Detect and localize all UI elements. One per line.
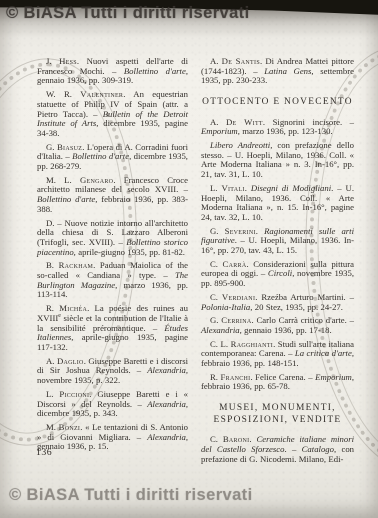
- entry-segment: Verdiani: [222, 292, 255, 302]
- bib-entry: L. Piccioni. Giuseppe Baretti e i « Disc…: [37, 390, 188, 419]
- bib-entry: M. L. Gengaro. Francesco Croce architett…: [37, 176, 188, 215]
- entry-segment: Baroni: [223, 434, 250, 444]
- bib-entry: D. – Nuove notizie intorno all'architett…: [37, 219, 188, 258]
- entry-segment: Bonzi: [59, 422, 81, 432]
- entry-segment: Gengaro: [80, 175, 113, 185]
- entry-segment: J.: [46, 56, 59, 66]
- bib-entry: G. Severini. Ragionamenti sulle arti fig…: [201, 227, 354, 256]
- entry-segment: Polonia-Italia: [201, 302, 250, 312]
- entry-segment: Ragghianti: [231, 339, 273, 349]
- entry-segment: A.: [210, 56, 222, 66]
- bib-entry: C. Carrà. Considerazioni sulla pittura e…: [201, 260, 354, 289]
- entry-segment: Bollettino d'arte: [72, 151, 129, 161]
- bib-entry: C. Baroni. Ceramiche italiane minori del…: [201, 435, 354, 464]
- entry-segment: . –: [285, 444, 302, 454]
- entry-segment: M. L.: [46, 175, 80, 185]
- entry-segment: Carrà: [223, 259, 247, 269]
- watermark-top: © BiASA Tutti i diritti riservati: [6, 4, 250, 23]
- entry-segment: De Santis: [222, 56, 260, 66]
- entry-segment: Catalogo: [302, 444, 334, 454]
- entry-segment: , marzo 1936, pp. 123-130.: [238, 126, 333, 136]
- entry-segment: Biasuz: [57, 142, 82, 152]
- bib-entry: A. De Santis. Di Andrea Mattei pittore (…: [201, 57, 354, 86]
- entry-segment: A.: [46, 356, 57, 366]
- bibliography-left-column: J. Hess. Nuovi aspetti dell'arte di Fran…: [37, 57, 188, 456]
- entry-segment: Franchi: [221, 372, 251, 382]
- entry-segment: Alexandria: [147, 365, 186, 375]
- section-heading-line: OTTOCENTO E NOVECENTO: [201, 97, 354, 109]
- entry-segment: Disegni di Modigliani: [251, 183, 331, 193]
- entry-segment: Alexandria: [147, 399, 186, 409]
- entry-segment: Alexandria: [147, 432, 186, 442]
- section-heading-line: ESPOSIZIONI, VENDITE: [201, 415, 354, 427]
- section-heading: OTTOCENTO E NOVECENTO: [201, 97, 354, 109]
- bib-entry: R. Franchi. Felice Carena. – Emporium, f…: [201, 373, 354, 392]
- entry-segment: Hess: [59, 56, 77, 66]
- bib-entry: G. Biasuz. L'opera di A. Corradini fuori…: [37, 143, 188, 172]
- entry-segment: L.: [46, 389, 59, 399]
- entry-segment: C. L.: [210, 339, 231, 349]
- section-heading-line: MUSEI, MONUMENTI,: [201, 403, 354, 415]
- entry-segment: G.: [46, 142, 57, 152]
- bib-entry: A. De Witt. Signorini incisore. – Empori…: [201, 118, 354, 137]
- bib-entry: C. L. Ragghianti. Studi sull'arte italia…: [201, 340, 354, 369]
- entry-segment: . Carlo Carrà critico d'arte. –: [252, 315, 354, 325]
- bib-entry: A. Daglio. Giuseppe Baretti e i discorsi…: [37, 357, 188, 386]
- entry-segment: Cerrina: [221, 315, 251, 325]
- entry-segment: . Felice Carena. –: [250, 372, 315, 382]
- entry-segment: C.: [210, 434, 223, 444]
- entry-segment: Daglio: [57, 356, 84, 366]
- entry-segment: R.: [210, 372, 221, 382]
- entry-segment: , aprile-giugno 1935, pp. 81-82.: [74, 247, 185, 257]
- bib-entry: J. Hess. Nuovi aspetti dell'arte di Fran…: [37, 57, 188, 86]
- entry-segment: G.: [210, 226, 225, 236]
- entry-segment: Alexandria: [201, 325, 240, 335]
- entry-segment: R.: [46, 303, 59, 313]
- bib-entry: R. Michéa. La poésie des ruines au XVIII…: [37, 304, 188, 353]
- entry-segment: , 20 Stez, 1935, pp. 24-27.: [250, 302, 343, 312]
- entry-segment: La critica d'arte: [295, 348, 352, 358]
- entry-segment: Vitali: [221, 183, 244, 193]
- entry-segment: B.: [46, 260, 59, 270]
- bib-entry: W. R. Valentiner. An equestrian statuett…: [37, 90, 188, 139]
- bibliography-right-column: A. De Santis. Di Andrea Mattei pittore (…: [201, 57, 354, 468]
- entry-segment: , gennaio 1936, pp. 17-18.: [240, 325, 332, 335]
- entry-segment: Valentiner: [80, 89, 123, 99]
- section-heading: MUSEI, MONUMENTI,ESPOSIZIONI, VENDITE: [201, 403, 354, 426]
- entry-segment: Piccioni: [59, 389, 89, 399]
- entry-segment: L.: [210, 183, 221, 193]
- entry-segment: . Signorini incisore. –: [263, 117, 354, 127]
- entry-segment: A.: [210, 117, 226, 127]
- bib-entry: G. Cerrina. Carlo Carrà critico d'arte. …: [201, 316, 354, 335]
- entry-segment: Emporium: [315, 372, 352, 382]
- watermark-bottom: © BiASA Tutti i diritti riservati: [9, 486, 253, 505]
- entry-segment: Circoli: [268, 268, 292, 278]
- entry-segment: C.: [210, 259, 223, 269]
- entry-segment: Severini: [225, 226, 256, 236]
- entry-segment: . Rzeźba Arturo Martini. –: [255, 292, 354, 302]
- entry-segment: Bollettino d'arte: [37, 194, 95, 204]
- entry-segment: Rackham: [59, 260, 94, 270]
- bib-entry: M. Bonzi. « Le tentazioni di S. Antonio …: [37, 423, 188, 452]
- page-number: 136: [36, 447, 52, 458]
- entry-segment: W. R.: [46, 89, 80, 99]
- entry-segment: C.: [210, 292, 222, 302]
- entry-segment: M.: [46, 422, 59, 432]
- entry-segment: Emporium: [201, 126, 238, 136]
- bib-entry: Libero Andreotti, con prefazione dello s…: [201, 141, 354, 180]
- entry-segment: Libero Andreotti: [210, 140, 270, 150]
- bib-entry: C. Verdiani. Rzeźba Arturo Martini. – Po…: [201, 293, 354, 312]
- entry-segment: G.: [210, 315, 221, 325]
- bib-entry: L. Vitali. Disegni di Modigliani. – U. H…: [201, 184, 354, 223]
- entry-segment: De Witt: [226, 117, 263, 127]
- entry-segment: .: [256, 226, 264, 236]
- entry-segment: Latina Gens: [264, 66, 311, 76]
- entry-segment: Bollettino d'arte: [124, 66, 186, 76]
- bib-entry: B. Rackham. Paduan Maiolica of the so-ca…: [37, 261, 188, 300]
- scanned-page: © BiASA Tutti i diritti riservati J. Hes…: [0, 0, 378, 518]
- entry-segment: Michéa: [59, 303, 87, 313]
